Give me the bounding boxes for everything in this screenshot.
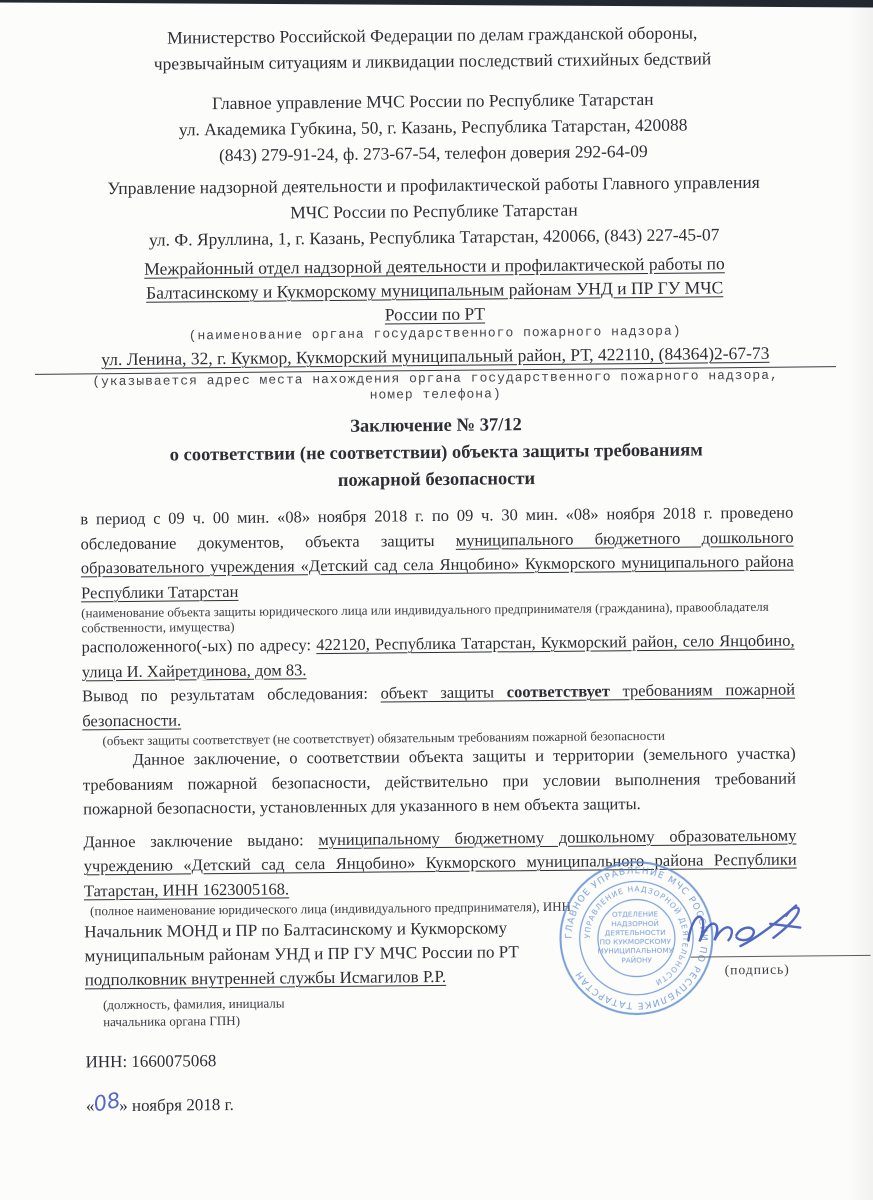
department-address-text: ул. Ленина, 32, г. Кукмор, Кукморский му… [101, 343, 769, 369]
department-name-line-1: Межрайонный отдел надзорной деятельности… [144, 253, 725, 279]
validity-paragraph: Данное заключение, о соответствии объект… [83, 742, 797, 822]
conclusion-prefix: Вывод по результатам обследования: [82, 684, 381, 706]
document-title: Заключение № 37/12 о соответствии (не со… [79, 410, 793, 498]
handwritten-signature [674, 899, 873, 959]
official-position-line-3: подполковник внутренней службы Исмагилов… [85, 967, 446, 989]
document-content: Министерство Российской Федерации по дел… [0, 0, 873, 1200]
address-paragraph: расположенного(-ых) по адресу: 422120, Р… [81, 629, 794, 685]
department-name: Межрайонный отдел надзорной деятельности… [78, 251, 792, 330]
official-position-block: Начальник МОНД и ПР по Балтасинскому и К… [84, 916, 585, 993]
date-rest: » ноября 2018 г. [119, 1095, 234, 1115]
directorate-header: Управление надзорной деятельности и проф… [77, 169, 791, 254]
official-caption: (должность, фамилия, инициалы начальника… [103, 994, 285, 1030]
conclusion-result-emphasis: соответствует [507, 681, 610, 701]
handwritten-day: 08 [91, 1088, 122, 1116]
survey-paragraph: в период с 09 ч. 00 мин. «08» ноября 201… [80, 501, 794, 606]
conclusion-paragraph: Вывод по результатам обследования: объек… [82, 678, 795, 734]
main-office-header: Главное управление МЧС России по Республ… [76, 85, 790, 170]
ministry-header: Министерство Российской Федерации по дел… [76, 19, 789, 78]
department-name-line-2: Балтасинскому и Кукморскому муниципальны… [146, 277, 723, 303]
signature-caption: (подпись) [725, 962, 790, 979]
address-prefix: расположенного(-ых) по адресу: [81, 635, 316, 656]
scanned-document-page: Министерство Российской Федерации по дел… [0, 0, 873, 1200]
department-name-line-3: России по РТ [385, 304, 485, 325]
issued-to-prefix: Данное заключение выдано: [83, 830, 318, 851]
official-position-line-2: муниципальным районам УНД и ПР ГУ МЧС Ро… [84, 940, 584, 969]
signature-area: Начальник МОНД и ПР по Балтасинскому и К… [84, 914, 799, 1131]
stamp-center-text: ОТДЕЛЕНИЕ НАДЗОРНОЙ ДЕЯТЕЛЬНОСТИ ПО КУКМ… [597, 909, 675, 964]
document-date: «08» ноября 2018 г. [86, 1091, 234, 1116]
inn-value: ИНН: 1660075068 [85, 1051, 216, 1072]
